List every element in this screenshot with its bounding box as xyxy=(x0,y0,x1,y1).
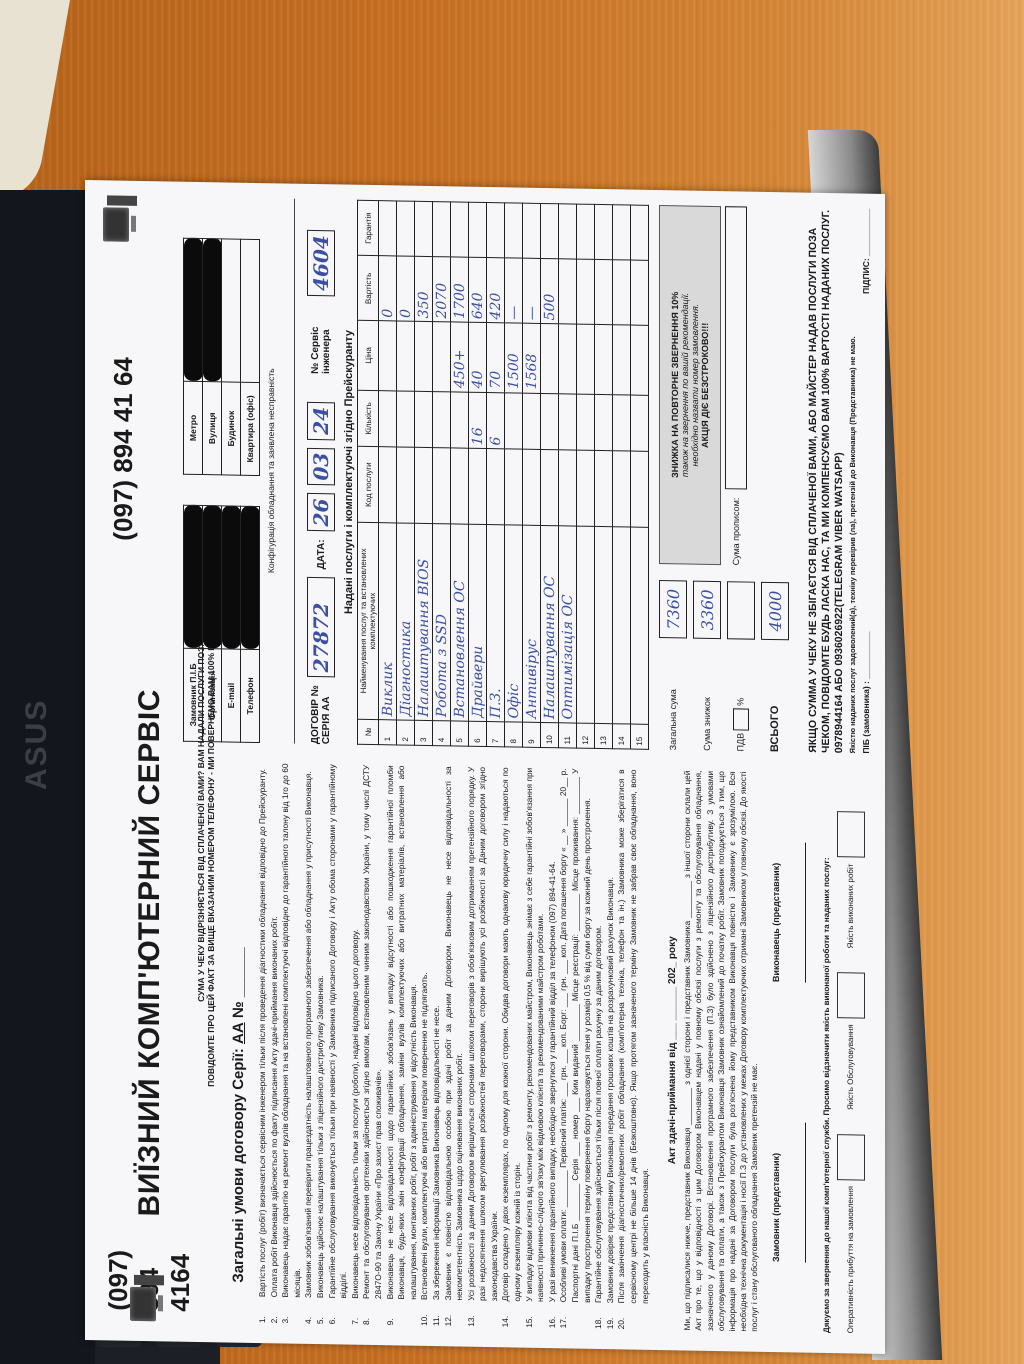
terms-item-text: Оплата робіт Виконавця здійснюється по ф… xyxy=(269,763,281,1297)
company-title: ВИЇЗНИЙ КОМП'ЮТЕРНИЙ СЕРВІС xyxy=(133,689,167,1217)
terms-item-number: 5. xyxy=(315,1298,327,1324)
service-cell-cost[interactable]: — xyxy=(523,259,541,324)
rating-label: Оперативність прибуття на замовлення xyxy=(846,1186,855,1334)
rating-label: Якість Обслуговування xyxy=(846,1024,855,1110)
service-cell-cost[interactable]: 500 xyxy=(541,259,559,324)
service-cell-code[interactable] xyxy=(595,451,613,527)
terms-title-prefix: Загальні умови договору Серії: xyxy=(230,1048,247,1283)
client-field-value[interactable] xyxy=(222,239,241,382)
service-cell-n: 10 xyxy=(541,722,559,747)
table-row: 10Налаштування ОС500 xyxy=(541,203,559,747)
services-column-header: Гарантія xyxy=(358,200,379,256)
service-cell-n: 3 xyxy=(415,720,433,745)
service-cell-warranty[interactable] xyxy=(415,201,433,257)
service-cell-price[interactable] xyxy=(433,322,451,391)
terms-item-number: 1. xyxy=(257,1297,269,1323)
client-info: Замовник П.І.БОрганізаціяE-mailТелефон М… xyxy=(183,197,260,743)
service-cell-qty[interactable] xyxy=(577,394,595,451)
service-cell-n: 7 xyxy=(487,722,505,747)
act-title: Акт здачі-приймання від ___ ______ 202_ … xyxy=(667,770,678,1330)
service-cell-code[interactable] xyxy=(613,451,631,527)
terms-item-text: Встановлені вузли, комплектуючі або витр… xyxy=(419,766,431,1300)
terms-item-number: 12. xyxy=(443,1300,466,1326)
service-cell-price[interactable] xyxy=(397,321,415,390)
grand-total-field[interactable]: 4000 xyxy=(761,582,789,640)
service-cell-warranty[interactable] xyxy=(433,202,451,258)
services-column-header: Код послуги xyxy=(358,447,379,523)
terms-item-text: Договір складено у двох екземплярах, по … xyxy=(500,767,523,1301)
terms-title: Загальні умови договору Серії: АА № ____… xyxy=(230,763,247,1283)
date-day-field[interactable]: 26 xyxy=(307,493,335,531)
services-column-header: Кількість xyxy=(358,390,379,447)
contract-row: ДОГОВІР №СЕРІЯ АА 27872 ДАТА: 26 03 24 №… xyxy=(307,199,335,744)
service-cell-cost[interactable]: 2070 xyxy=(433,257,451,322)
service-cell-code[interactable] xyxy=(631,451,649,527)
service-cell-code[interactable] xyxy=(415,448,433,524)
service-cell-qty[interactable] xyxy=(397,390,415,447)
table-row: 2Діагностика0 xyxy=(397,201,415,745)
service-cell-warranty[interactable] xyxy=(577,204,595,260)
service-cell-qty[interactable]: 6 xyxy=(487,392,505,449)
service-cell-n: 13 xyxy=(595,723,613,748)
service-cell-price[interactable] xyxy=(577,324,595,393)
service-cell-code[interactable] xyxy=(505,449,523,525)
terms-item: 8.Ремонт та обслуговування оргтехніки зд… xyxy=(361,765,384,1325)
service-cell-name[interactable]: Виклик xyxy=(379,523,397,720)
service-cell-price[interactable]: 450+ xyxy=(451,322,469,391)
terms-item: 3.Виконавець надає гарантію на ремонт ву… xyxy=(280,763,303,1323)
service-cell-price[interactable] xyxy=(631,325,649,394)
service-cell-warranty[interactable] xyxy=(541,203,559,259)
service-cell-price[interactable]: 40 xyxy=(469,323,487,392)
terms-item-number: 15. xyxy=(524,1302,547,1328)
service-cell-price[interactable]: 70 xyxy=(487,323,505,392)
customer-signature[interactable]: Замовник (представник) xyxy=(771,1122,806,1263)
service-cell-cost[interactable]: 350 xyxy=(415,257,433,322)
promo-box: ЗНИЖКА НА ПОВТОРНЕ ЗВЕРНЕННЯ 10% також н… xyxy=(659,205,721,565)
service-cell-name[interactable]: Діагностика xyxy=(397,523,415,720)
terms-item-text: Ремонт та обслуговування оргтехніки здій… xyxy=(361,765,384,1299)
service-cell-n: 8 xyxy=(505,722,523,747)
engineer-number-field[interactable]: 4604 xyxy=(307,230,335,296)
service-cell-warranty[interactable] xyxy=(631,205,649,261)
service-cell-qty[interactable] xyxy=(595,394,613,451)
config-label: Конфігурація обладнання та заявлена несп… xyxy=(266,198,276,743)
service-cell-code[interactable] xyxy=(451,448,469,524)
terms-item-number: 3. xyxy=(280,1297,303,1323)
service-cell-price[interactable]: 1500 xyxy=(505,323,523,392)
service-cell-warranty[interactable] xyxy=(613,205,631,261)
service-cell-price[interactable] xyxy=(379,321,397,390)
terms-item-number: 18. xyxy=(593,1303,605,1329)
terms-item: 17.Особливі умови оплати: ________ Перві… xyxy=(558,768,593,1329)
customer-name-field[interactable]: ПІБ (замовника) : __________ xyxy=(861,631,871,753)
quality-note: Якістю наданих послуг задоволений(а), те… xyxy=(848,208,857,753)
table-row: 4Робота з SSD2070 xyxy=(433,202,451,746)
customer-sign-footer: ПІБ (замовника) : __________ ПІДПИС: ___… xyxy=(861,209,871,754)
terms-item-number: 11. xyxy=(431,1300,443,1326)
contractor-signature-label: Виконавець (представник) xyxy=(771,842,781,982)
terms-item-text: Виконавець не несе відповідальності щодо… xyxy=(385,765,420,1300)
rating-label: Якість виконаних робіт xyxy=(846,864,855,949)
header-left: (097) 894 4164 ВИЇЗНИЙ КОМП'ЮТЕРНИЙ СЕРВ… xyxy=(103,760,196,1322)
terms-item-number: 14. xyxy=(500,1301,523,1327)
terms-item-text: Особливі умови оплати: ________ Первісни… xyxy=(558,768,593,1303)
customer-signature-field[interactable]: ПІДПИС: __________ xyxy=(861,209,871,295)
service-cell-cost[interactable] xyxy=(559,259,577,324)
service-cell-cost[interactable] xyxy=(631,260,649,325)
thanks-text: Дякуємо за звернення до нашої комп'ютерн… xyxy=(822,773,831,1333)
client-field-label: E-mail xyxy=(222,649,241,742)
terms-item-text: У випадку відмови клієнта від частини ро… xyxy=(524,768,547,1302)
service-cell-code[interactable] xyxy=(523,450,541,526)
rating-service[interactable]: Якість Обслуговування xyxy=(837,972,865,1110)
table-row: 6Драйвери1640640 xyxy=(469,202,487,746)
discount-row: Сума знижок3360 xyxy=(693,581,721,751)
terms-item-number: 13. xyxy=(466,1301,501,1328)
service-cell-n: 12 xyxy=(577,723,595,748)
terms-item: 19.Замовник довіряє представнику Виконав… xyxy=(605,769,617,1329)
terms-number: № ______ xyxy=(230,947,247,1018)
service-cell-cost[interactable]: 640 xyxy=(469,258,487,323)
left-column: (097) 894 4164 ВИЇЗНИЙ КОМП'ЮТЕРНИЙ СЕРВ… xyxy=(103,760,865,1333)
services-column-header: Вартість xyxy=(358,256,379,321)
terms-item: 10.Встановлені вузли, комплектуючі або в… xyxy=(419,766,431,1326)
date-month-field[interactable]: 03 xyxy=(307,447,335,485)
vat-row: ПДВ % xyxy=(727,581,755,751)
service-cell-warranty[interactable] xyxy=(487,203,505,259)
table-row: 1Виклик0 xyxy=(379,201,397,745)
client-field-value[interactable] xyxy=(241,239,260,382)
service-cell-n: 15 xyxy=(631,724,649,749)
terms-item-number: 6. xyxy=(327,1298,350,1324)
service-cell-code[interactable] xyxy=(559,450,577,526)
table-row: 12 xyxy=(577,204,595,748)
service-cell-n: 4 xyxy=(433,721,451,746)
table-row: 13 xyxy=(595,204,613,748)
service-cell-n: 1 xyxy=(379,720,397,745)
discount-field[interactable]: 3360 xyxy=(693,581,721,639)
terms-item-number: 2. xyxy=(269,1297,281,1323)
table-row: 7П.З.670420 xyxy=(487,203,505,747)
service-cell-qty[interactable] xyxy=(505,392,523,449)
service-cell-qty[interactable] xyxy=(433,391,451,448)
terms-item-number: 20. xyxy=(616,1303,651,1330)
table-row: 8Офіс1500— xyxy=(505,203,523,747)
terms-item-number: 10. xyxy=(419,1300,431,1326)
terms-item: 20.Після закінчення діагностичних/ремонт… xyxy=(616,769,651,1330)
act-text: Ми, що підписалися нижче, представник Ви… xyxy=(682,770,760,1331)
terms-item: 16.У разі виникнення гарантійного випадк… xyxy=(547,768,559,1328)
terms-item-text: У разі виникнення гарантійного випадку, … xyxy=(547,768,559,1302)
client-field-label: Вулиця xyxy=(203,382,222,475)
service-cell-qty[interactable] xyxy=(541,393,559,450)
total-field[interactable]: 7360 xyxy=(659,580,687,638)
service-cell-warranty[interactable] xyxy=(451,202,469,258)
terms-item: 12.Замовник є повністю відповідальною ос… xyxy=(443,766,466,1326)
service-cell-cost[interactable] xyxy=(577,260,595,325)
table-row: 15 xyxy=(631,205,649,749)
client-field-value[interactable] xyxy=(241,506,260,649)
grand-total-row: ВСЬОГО4000 xyxy=(761,582,789,752)
table-row: 9Антивірус1568— xyxy=(523,203,541,747)
rating-work[interactable]: Якість виконаних робіт xyxy=(837,811,865,948)
service-cell-name[interactable] xyxy=(577,526,595,723)
service-cell-n: 11 xyxy=(559,723,577,748)
service-cell-code[interactable] xyxy=(469,449,487,525)
service-cell-name[interactable]: П.З. xyxy=(487,525,505,722)
terms-item-number: 19. xyxy=(605,1303,617,1329)
terms-series: АА xyxy=(230,1022,247,1044)
terms-item: 7.Виконавець несе відповідальність тільк… xyxy=(350,765,362,1325)
service-cell-cost[interactable]: 1700 xyxy=(451,257,469,322)
services-column-header: Ціна xyxy=(358,321,379,391)
client-field-value[interactable] xyxy=(184,238,203,381)
service-cell-warranty[interactable] xyxy=(559,204,577,260)
terms-item-text: Виконавець несе відповідальність тільки … xyxy=(350,765,362,1299)
laptop-brand-logo: ASUS xyxy=(20,699,54,790)
ratings: Оперативність прибуття на замовлення Які… xyxy=(837,773,865,1333)
contractor-signature[interactable]: Виконавець (представник) xyxy=(771,842,806,983)
service-cell-code[interactable] xyxy=(433,448,451,524)
terms-item: 2.Оплата робіт Виконавця здійснюється по… xyxy=(269,763,281,1323)
computer-icon xyxy=(103,195,143,242)
service-cell-n: 2 xyxy=(397,720,415,745)
vat-field[interactable] xyxy=(727,581,755,639)
terms-item-number: 16. xyxy=(547,1302,559,1328)
service-cell-name[interactable] xyxy=(631,527,649,724)
services-title: Надані послуги і комплектуючі згідно Пре… xyxy=(343,200,355,745)
client-field-label: Телефон xyxy=(241,649,260,742)
service-cell-name[interactable]: Офіс xyxy=(505,525,523,722)
engineer-label: № Сервіс інженера xyxy=(310,304,332,374)
terms-item: 1.Вартість послуг (робіт) визначається с… xyxy=(257,763,269,1323)
service-cell-warranty[interactable] xyxy=(469,202,487,258)
right-column: (097) 894 41 64 Замовник П.І.БОрганізаці… xyxy=(103,195,871,753)
service-cell-price[interactable] xyxy=(541,324,559,393)
service-cell-qty[interactable]: 16 xyxy=(469,392,487,449)
terms-item-text: Замовник є повністю відповідальною особо… xyxy=(443,766,466,1300)
terms-item: 15.У випадку відмови клієнта від частини… xyxy=(524,768,547,1328)
sum-in-words-row: Сума прописом: xyxy=(725,206,747,565)
total-row: Загальна сума7360 xyxy=(659,580,687,750)
service-cell-n: 6 xyxy=(469,721,487,746)
terms-item-text: Гарантійне обслуговування здійснюється т… xyxy=(593,769,605,1303)
terms-item-number: 17. xyxy=(558,1302,593,1329)
services-column-header: Найменування послуг та встановлених комп… xyxy=(358,522,379,719)
service-cell-cost[interactable]: 0 xyxy=(397,256,415,321)
totals-section: Загальна сума7360 Сума знижок3360 ПДВ % … xyxy=(659,205,795,752)
service-cell-price[interactable] xyxy=(559,324,577,393)
terms-item-text: Замовник довіряє представнику Виконавця … xyxy=(605,769,617,1303)
customer-signature-label: Замовник (представник) xyxy=(771,1122,781,1262)
services-table: №Найменування послуг та встановлених ком… xyxy=(357,200,649,750)
service-cell-warranty[interactable] xyxy=(505,203,523,259)
service-cell-qty[interactable] xyxy=(631,395,649,452)
terms-item-text: За збереження інформації Замовника Викон… xyxy=(431,766,443,1300)
service-cell-n: 14 xyxy=(613,724,631,749)
service-cell-cost[interactable] xyxy=(595,260,613,325)
act-signatures: Замовник (представник) Виконавець (предс… xyxy=(771,772,806,1333)
rating-speed[interactable]: Оперативність прибуття на замовлення xyxy=(837,1134,865,1334)
service-cell-qty[interactable] xyxy=(451,391,469,448)
terms-item-text: Замовник зобов'язаний перевірити працезд… xyxy=(303,764,315,1298)
service-cell-n: 9 xyxy=(523,722,541,747)
service-cell-name[interactable]: Налаштування ОС xyxy=(541,525,559,722)
service-cell-name[interactable]: Антивірус xyxy=(523,525,541,722)
terms-item-text: Гарантійне обслуговування виконується ті… xyxy=(327,764,350,1298)
terms-item: 5.Виконавець здійснює налаштування тільк… xyxy=(315,764,327,1324)
client-field-label: Метро xyxy=(184,381,203,474)
client-contact-table: Замовник П.І.БОрганізаціяE-mailТелефон xyxy=(183,505,260,743)
service-cell-name[interactable]: Встановлення ОС xyxy=(451,524,469,721)
service-cell-qty[interactable] xyxy=(559,393,577,450)
service-cell-name[interactable]: Драйвери xyxy=(469,524,487,721)
service-cell-qty[interactable] xyxy=(379,390,397,447)
terms-item-text: Виконавець надає гарантію на ремонт вузл… xyxy=(280,763,303,1297)
terms-item-number: 9. xyxy=(385,1299,420,1326)
service-cell-warranty[interactable] xyxy=(397,201,415,257)
date-label: ДАТА: xyxy=(316,539,327,569)
service-cell-name[interactable] xyxy=(595,526,613,723)
terms-list: 1.Вартість послуг (робіт) визначається с… xyxy=(257,763,651,1330)
date-year-field[interactable]: 24 xyxy=(307,402,335,440)
terms-item-number: 4. xyxy=(303,1298,315,1324)
service-cell-qty[interactable] xyxy=(523,393,541,450)
client-field-value[interactable] xyxy=(184,505,203,648)
service-cell-code[interactable] xyxy=(397,447,415,523)
phone-number-right: (097) 894 41 64 xyxy=(108,357,139,541)
client-field-value[interactable] xyxy=(203,506,222,649)
terms-item: 18.Гарантійне обслуговування здійснюєтьс… xyxy=(593,769,605,1329)
client-field-label: Організація xyxy=(203,649,222,742)
terms-item: 4.Замовник зобов'язаний перевірити праце… xyxy=(303,764,315,1324)
service-cell-warranty[interactable] xyxy=(595,204,613,260)
terms-item: 13.Усі розбіжності за даним Договором ви… xyxy=(466,767,501,1328)
service-cell-price[interactable] xyxy=(613,325,631,394)
client-address-table: МетроВулицяБудинокКвартира (офіс) xyxy=(183,238,260,476)
terms-item-number: 8. xyxy=(361,1299,384,1325)
computer-icon xyxy=(130,1321,170,1322)
service-cell-name[interactable]: Робота з SSD xyxy=(433,524,451,721)
contract-paper: (097) 894 4164 ВИЇЗНИЙ КОМП'ЮТЕРНИЙ СЕРВ… xyxy=(85,180,885,1354)
service-cell-warranty[interactable] xyxy=(523,203,541,259)
client-field-label: Квартира (офіс) xyxy=(241,382,260,475)
service-cell-code[interactable] xyxy=(541,450,559,526)
table-row: 14 xyxy=(613,205,631,749)
service-cell-qty[interactable] xyxy=(613,394,631,451)
terms-item: 6.Гарантійне обслуговування виконується … xyxy=(327,764,350,1324)
client-field-value[interactable] xyxy=(203,239,222,382)
service-cell-cost[interactable]: 420 xyxy=(487,258,505,323)
client-field-label: Замовник П.І.Б xyxy=(184,648,203,741)
terms-item-text: Вартість послуг (робіт) визначається сер… xyxy=(257,763,269,1297)
terms-item: 14.Договір складено у двох екземплярах, … xyxy=(500,767,523,1327)
sum-in-words-field[interactable] xyxy=(725,206,747,490)
services-column-header: № xyxy=(358,719,379,744)
terms-item-text: Після закінчення діагностичних/ремонтних… xyxy=(616,769,651,1304)
service-cell-cost[interactable]: 0 xyxy=(379,256,397,321)
contract-label: ДОГОВІР №СЕРІЯ АА xyxy=(310,685,332,744)
terms-item-text: Усі розбіжності за даним Договором виріш… xyxy=(466,767,501,1302)
service-cell-name[interactable] xyxy=(613,527,631,724)
terms-item: 9.Виконавець не несе відповідальності що… xyxy=(385,765,420,1326)
table-row: 11Оптимізація ОС xyxy=(559,204,577,748)
contract-number-field[interactable]: 27872 xyxy=(307,577,335,677)
service-cell-cost[interactable]: — xyxy=(505,258,523,323)
service-cell-price[interactable] xyxy=(415,322,433,391)
service-cell-qty[interactable] xyxy=(415,391,433,448)
table-row: 3Налаштування BIOS350 xyxy=(415,201,433,745)
service-cell-n: 5 xyxy=(451,721,469,746)
service-cell-code[interactable] xyxy=(379,447,397,523)
terms-item-number: 7. xyxy=(350,1299,362,1325)
header-right: (097) 894 41 64 xyxy=(103,195,143,741)
config-line[interactable] xyxy=(284,198,295,743)
service-cell-cost[interactable] xyxy=(613,260,631,325)
service-cell-code[interactable] xyxy=(577,450,595,526)
refund-warning: ЯКЩО СУММА У ЧЕКУ НЕ ЗБІГАЄТСЯ ВІД СПЛАЧ… xyxy=(807,208,846,754)
service-cell-warranty[interactable] xyxy=(379,201,397,257)
client-field-value[interactable] xyxy=(222,506,241,649)
client-field-label: Будинок xyxy=(222,382,241,475)
service-cell-price[interactable] xyxy=(595,325,613,394)
table-row: 5Встановлення ОС450+1700 xyxy=(451,202,469,746)
service-cell-name[interactable]: Налаштування BIOS xyxy=(415,523,433,720)
service-cell-name[interactable]: Оптимізація ОС xyxy=(559,526,577,723)
service-cell-price[interactable]: 1568 xyxy=(523,323,541,392)
service-cell-code[interactable] xyxy=(487,449,505,525)
terms-item-text: Виконавець здійснює налаштування тільки … xyxy=(315,764,327,1298)
terms-item: 11.За збереження інформації Замовника Ви… xyxy=(431,766,443,1326)
